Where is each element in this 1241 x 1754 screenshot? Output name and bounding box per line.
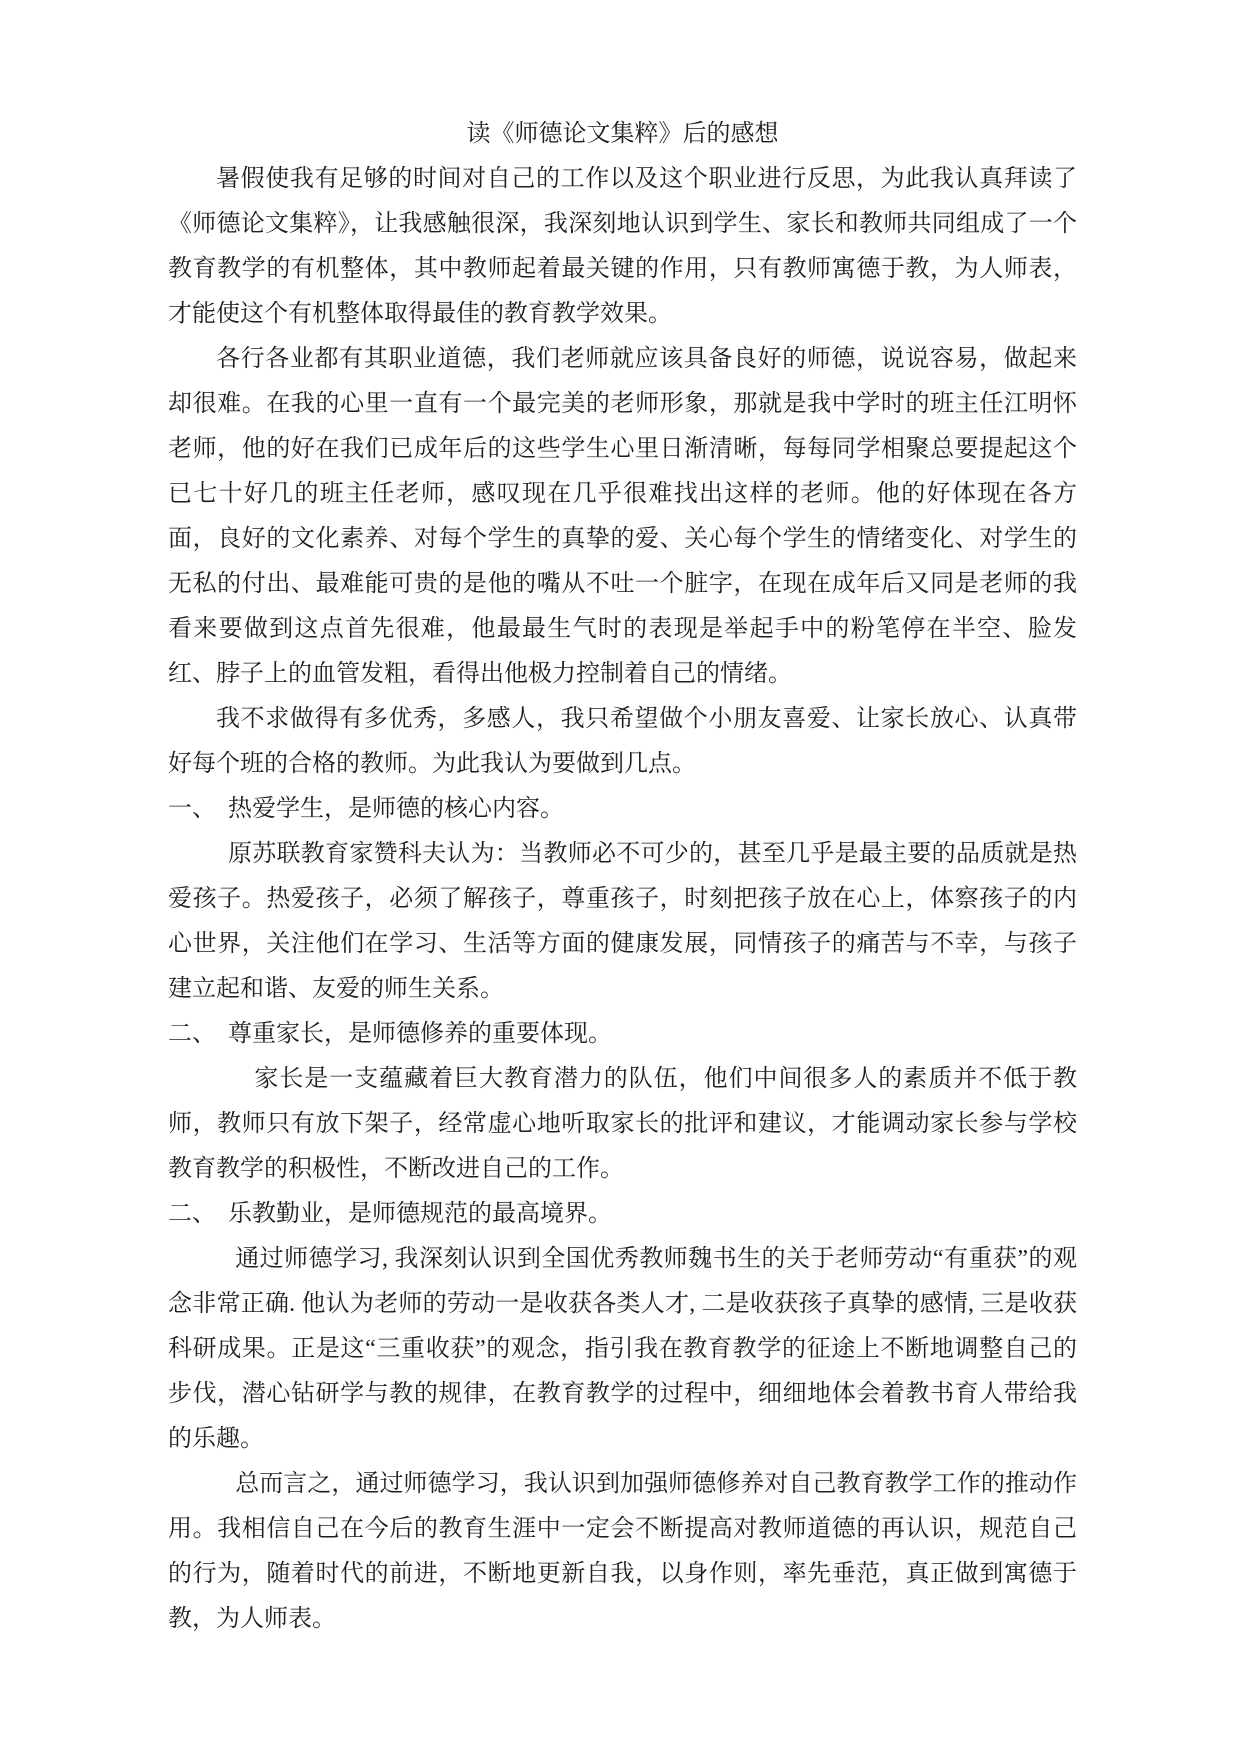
paragraph-love-students: 原苏联教育家赞科夫认为：当教师必不可少的，甚至几乎是最主要的品质就是热爱孩子。热… (168, 832, 1077, 1012)
document-page: 读《师德论文集粹》后的感想 暑假使我有足够的时间对自己的工作以及这个职业进行反思… (0, 0, 1241, 1754)
section-heading-1: 一、 热爱学生，是师德的核心内容。 (168, 787, 1077, 832)
section-heading-3: 二、 乐教勤业，是师德规范的最高境界。 (168, 1192, 1077, 1237)
paragraph-conclusion: 总而言之，通过师德学习，我认识到加强师德修养对自己教育教学工作的推动作用。我相信… (168, 1462, 1077, 1642)
document-title: 读《师德论文集粹》后的感想 (168, 112, 1077, 157)
section-heading-2: 二、 尊重家长，是师德修养的重要体现。 (168, 1012, 1077, 1057)
paragraph-joyful-teaching: 通过师德学习, 我深刻认识到全国优秀教师魏书生的关于老师劳动“有重获”的观念非常… (168, 1237, 1077, 1462)
paragraph-teacher-image: 各行各业都有其职业道德，我们老师就应该具备良好的师德，说说容易，做起来却很难。在… (168, 337, 1077, 697)
paragraph-aspiration: 我不求做得有多优秀，多感人，我只希望做个小朋友喜爱、让家长放心、认真带好每个班的… (168, 697, 1077, 787)
paragraph-respect-parents: 家长是一支蕴藏着巨大教育潜力的队伍，他们中间很多人的素质并不低于教师，教师只有放… (168, 1057, 1077, 1192)
paragraph-intro: 暑假使我有足够的时间对自己的工作以及这个职业进行反思，为此我认真拜读了《师德论文… (168, 157, 1077, 337)
